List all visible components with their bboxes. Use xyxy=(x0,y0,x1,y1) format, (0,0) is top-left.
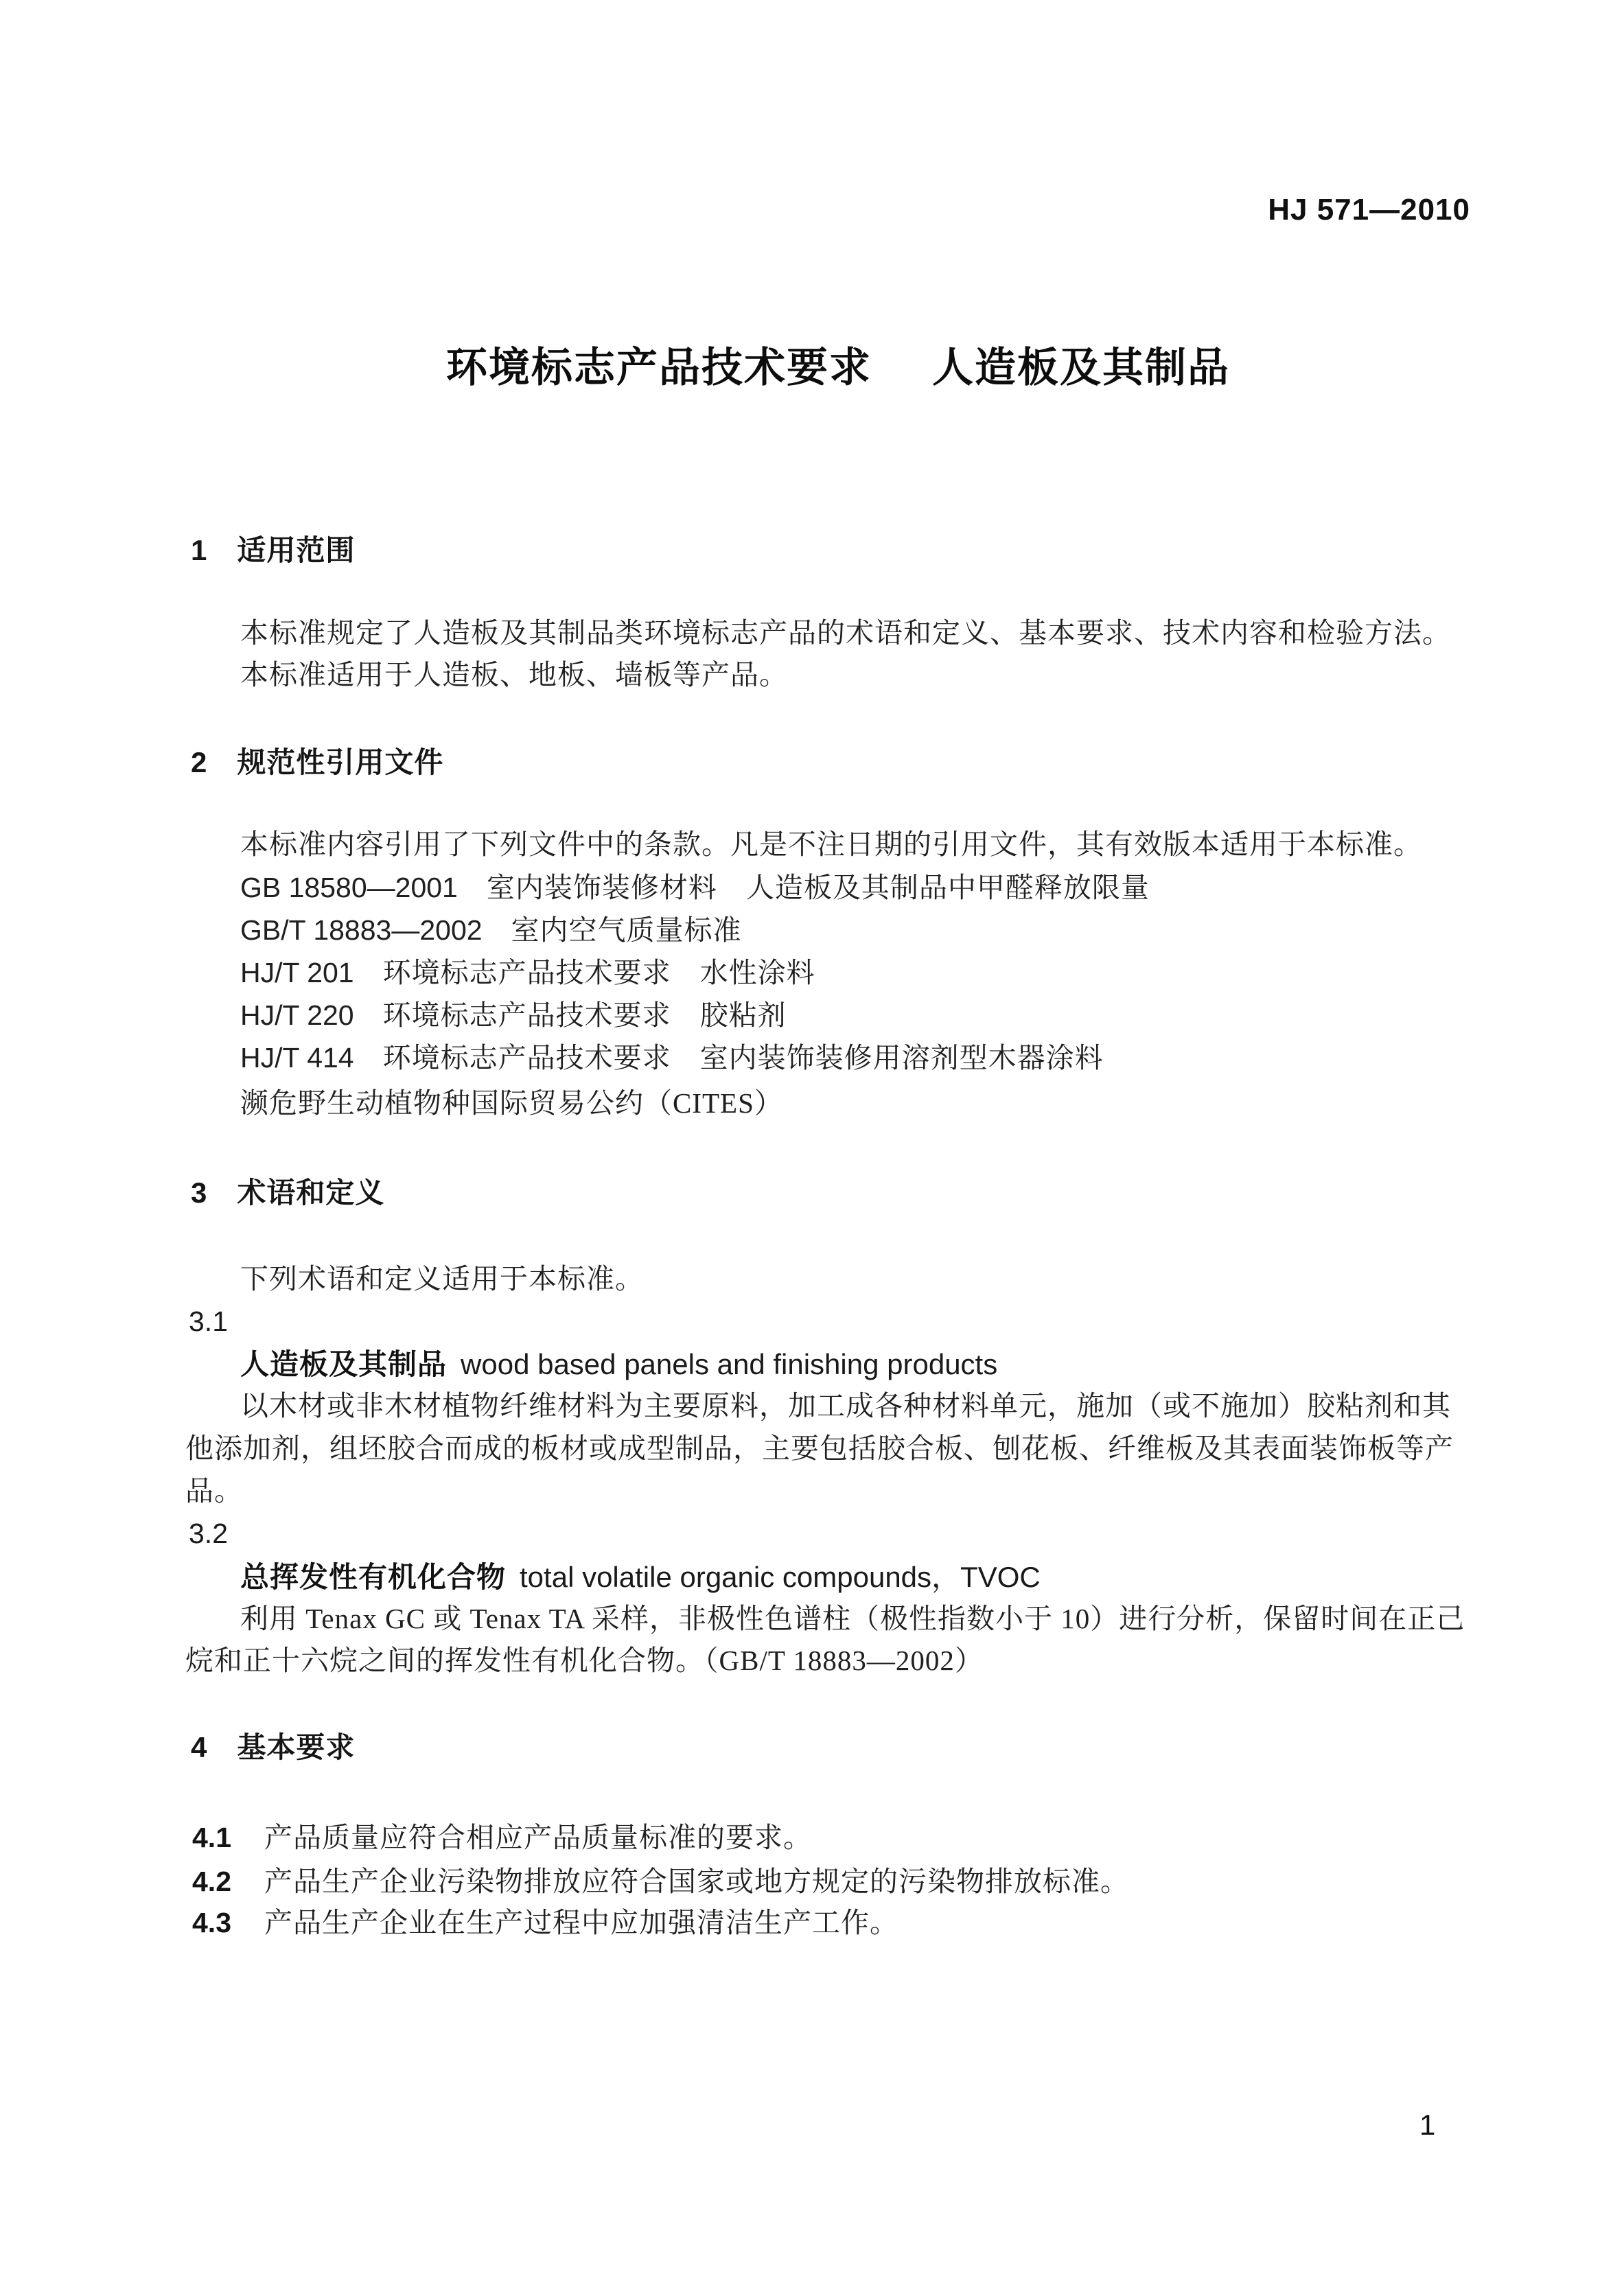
document-page: HJ 571—2010 环境标志产品技术要求人造板及其制品 1适用范围 本标准规… xyxy=(0,0,1624,2296)
section-number: 2 xyxy=(191,746,207,778)
document-title-part1: 环境标志产品技术要求 xyxy=(446,345,872,391)
clause-item-4-1: 4.1产品质量应符合相应产品质量标准的要求。 xyxy=(192,1820,812,1855)
clause-text: 产品质量应符合相应产品质量标准的要求。 xyxy=(264,1822,812,1853)
reference-convention: 濒危野生动植物种国际贸易公约（CITES） xyxy=(240,1086,783,1121)
term-heading-3-2: 总挥发性有机化合物total volatile organic compound… xyxy=(240,1559,1041,1596)
section-heading-4: 4基本要求 xyxy=(191,1730,355,1766)
section-label: 适用范围 xyxy=(237,534,355,566)
term-en: wood based panels and finishing products xyxy=(461,1348,997,1380)
clause-number: 4.2 xyxy=(192,1864,264,1899)
definition-line: 以木材或非木材植物纤维材料为主要原料，加工成各种材料单元，施加（或不施加）胶粘剂… xyxy=(240,1389,1451,1424)
definition-line: 品。 xyxy=(185,1474,243,1509)
section-heading-3: 3术语和定义 xyxy=(191,1175,384,1211)
term-number-3-2: 3.2 xyxy=(189,1516,228,1551)
scope-paragraph-line2: 本标准适用于人造板、地板、墙板等产品。 xyxy=(240,658,788,693)
reference-title: 环境标志产品技术要求 水性涂料 xyxy=(383,957,815,988)
reference-code: GB 18580—2001 xyxy=(240,872,458,903)
definition-line: 利用 Tenax GC 或 Tenax TA 采样，非极性色谱柱（极性指数小于 … xyxy=(240,1601,1465,1636)
standard-code-header: HJ 571—2010 xyxy=(1268,191,1470,229)
reference-title: 室内空气质量标准 xyxy=(511,914,742,946)
section-number: 1 xyxy=(191,534,207,566)
section-label: 基本要求 xyxy=(237,1731,355,1763)
clause-text: 产品生产企业在生产过程中应加强清洁生产工作。 xyxy=(264,1907,898,1938)
section-number: 4 xyxy=(191,1731,207,1763)
reference-title: 环境标志产品技术要求 室内装饰装修用溶剂型木器涂料 xyxy=(383,1042,1104,1074)
clause-text: 产品生产企业污染物排放应符合国家或地方规定的污染物排放标准。 xyxy=(264,1866,1129,1897)
definition-line: 烷和正十六烷之间的挥发性有机化合物。（GB/T 18883—2002） xyxy=(185,1643,984,1678)
section-heading-2: 2规范性引用文件 xyxy=(191,745,443,781)
clause-item-4-3: 4.3产品生产企业在生产过程中应加强清洁生产工作。 xyxy=(192,1905,898,1940)
term-zh: 人造板及其制品 xyxy=(240,1348,447,1380)
term-heading-3-1: 人造板及其制品wood based panels and finishing p… xyxy=(240,1347,997,1383)
section-heading-1: 1适用范围 xyxy=(191,533,355,569)
reference-item: GB/T 18883—2002室内空气质量标准 xyxy=(240,913,742,948)
scope-paragraph-line1: 本标准规定了人造板及其制品类环境标志产品的术语和定义、基本要求、技术内容和检验方… xyxy=(240,616,1451,651)
section-number: 3 xyxy=(191,1176,207,1209)
term-number-3-1: 3.1 xyxy=(189,1304,228,1339)
reference-item: HJ/T 201环境标志产品技术要求 水性涂料 xyxy=(240,955,815,990)
reference-title: 环境标志产品技术要求 胶粘剂 xyxy=(383,999,787,1031)
reference-item: HJ/T 220环境标志产品技术要求 胶粘剂 xyxy=(240,998,787,1033)
section-label: 规范性引用文件 xyxy=(237,746,443,778)
term-en: total volatile organic compounds，TVOC xyxy=(520,1561,1041,1593)
clause-item-4-2: 4.2产品生产企业污染物排放应符合国家或地方规定的污染物排放标准。 xyxy=(192,1864,1129,1899)
page-number: 1 xyxy=(1419,2107,1435,2144)
references-intro: 本标准内容引用了下列文件中的条款。凡是不注日期的引用文件，其有效版本适用于本标准… xyxy=(240,827,1422,862)
clause-number: 4.1 xyxy=(192,1820,264,1855)
reference-code: HJ/T 220 xyxy=(240,999,354,1031)
terms-intro: 下列术语和定义适用于本标准。 xyxy=(240,1262,644,1297)
reference-code: GB/T 18883—2002 xyxy=(240,914,483,946)
reference-code: HJ/T 414 xyxy=(240,1042,354,1074)
document-title: 环境标志产品技术要求人造板及其制品 xyxy=(0,342,1624,393)
definition-line: 他添加剂，组坯胶合而成的板材或成型制品，主要包括胶合板、刨花板、纤维板及其表面装… xyxy=(185,1431,1454,1466)
document-title-part2: 人造板及其制品 xyxy=(932,345,1230,391)
term-zh: 总挥发性有机化合物 xyxy=(240,1561,506,1593)
clause-number: 4.3 xyxy=(192,1905,264,1940)
reference-item: GB 18580—2001室内装饰装修材料 人造板及其制品中甲醛释放限量 xyxy=(240,870,1150,905)
reference-title: 室内装饰装修材料 人造板及其制品中甲醛释放限量 xyxy=(487,872,1150,903)
reference-code: HJ/T 201 xyxy=(240,957,354,988)
section-label: 术语和定义 xyxy=(237,1176,384,1209)
reference-item: HJ/T 414环境标志产品技术要求 室内装饰装修用溶剂型木器涂料 xyxy=(240,1041,1104,1076)
